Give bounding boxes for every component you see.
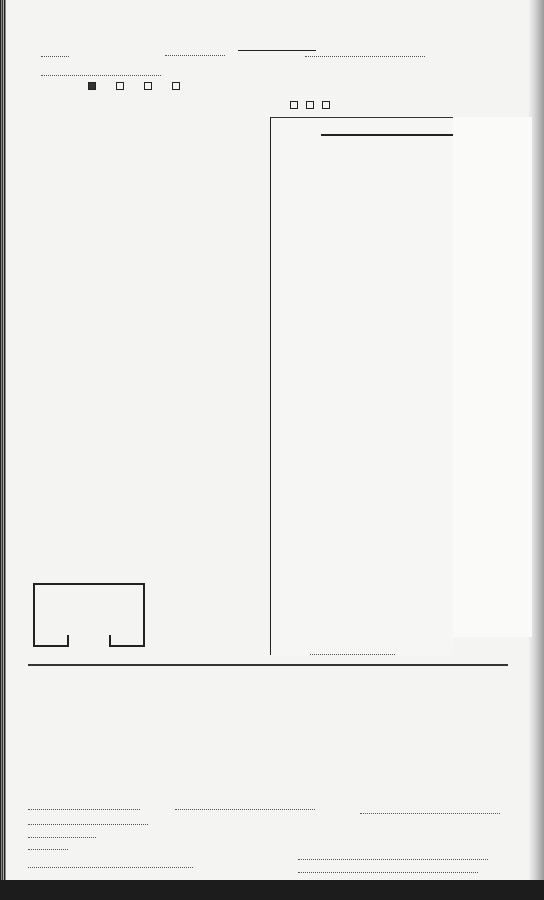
scan-edge-bottom bbox=[0, 880, 544, 900]
blank-area bbox=[452, 117, 532, 637]
wife-checkbox[interactable] bbox=[306, 101, 314, 109]
balance-input[interactable] bbox=[310, 645, 395, 655]
insurance-field bbox=[28, 800, 140, 812]
footer-address-input[interactable] bbox=[298, 863, 478, 873]
spouse-group bbox=[290, 96, 334, 114]
marital-status-group bbox=[88, 77, 196, 95]
single-checkbox[interactable] bbox=[116, 82, 124, 90]
married-checkbox[interactable] bbox=[88, 82, 96, 90]
address-field bbox=[298, 863, 478, 875]
authorization-line-3 bbox=[28, 840, 68, 852]
lodges-input[interactable] bbox=[175, 800, 315, 810]
widow-checkbox[interactable] bbox=[322, 101, 330, 109]
authorization-line-2 bbox=[28, 828, 96, 840]
witness-field bbox=[28, 858, 193, 870]
scan-edge-left bbox=[0, 0, 6, 900]
ledger-top-rule bbox=[28, 664, 508, 666]
balance-field bbox=[310, 645, 395, 658]
signed-input[interactable] bbox=[298, 850, 488, 860]
lot-diagram bbox=[33, 583, 145, 645]
widowed-checkbox[interactable] bbox=[144, 82, 152, 90]
yearly-no-field bbox=[165, 46, 225, 59]
yearly-no-input[interactable] bbox=[165, 46, 225, 56]
total-no-field bbox=[38, 46, 69, 60]
husband-checkbox[interactable] bbox=[290, 101, 298, 109]
divorced-checkbox[interactable] bbox=[172, 82, 180, 90]
date-of-entry-field bbox=[305, 46, 425, 60]
signed-field bbox=[298, 850, 488, 862]
date-of-entry-input[interactable] bbox=[305, 47, 425, 57]
authorization-line-1 bbox=[28, 815, 148, 827]
days-input[interactable] bbox=[28, 828, 96, 838]
firm-name-input[interactable] bbox=[28, 815, 148, 825]
interest-rate-input[interactable] bbox=[28, 840, 68, 850]
insurance-input[interactable] bbox=[28, 800, 140, 810]
charges-panel bbox=[270, 117, 453, 655]
witness-input[interactable] bbox=[28, 858, 193, 868]
insurance-companies-input[interactable] bbox=[360, 804, 500, 814]
